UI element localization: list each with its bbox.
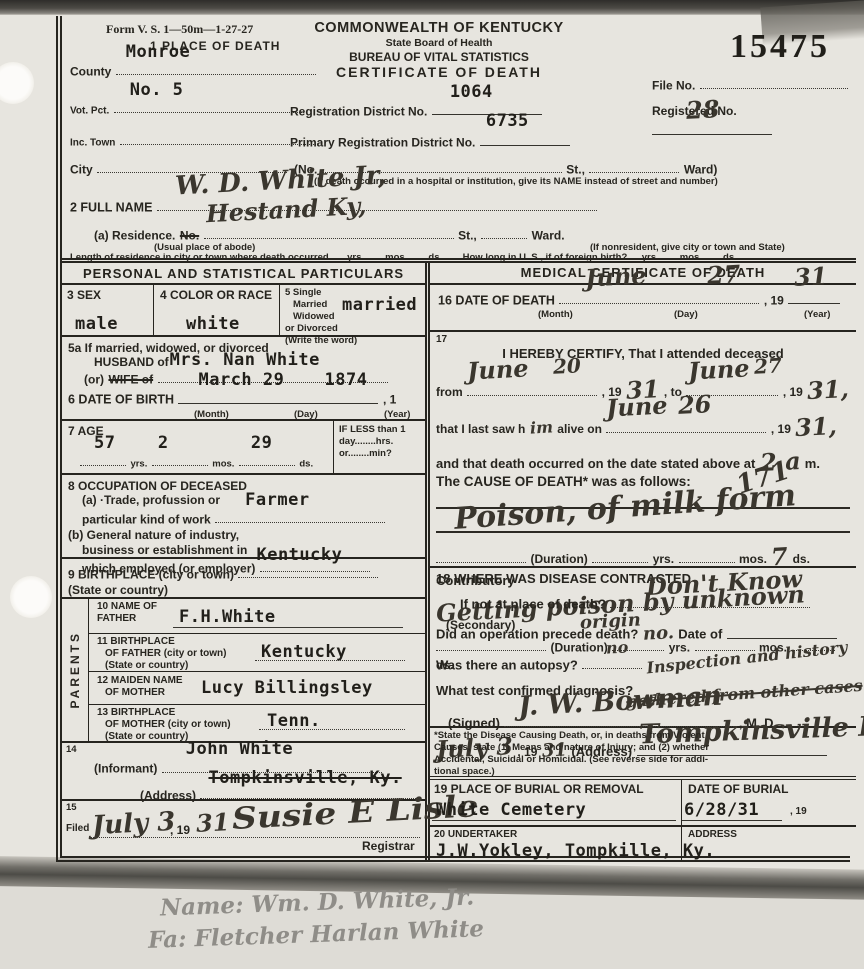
occupation-a2: particular kind of work [82, 512, 211, 526]
age-cell: 7 AGE 57 yrs. 2 mos. 29 ds. [62, 421, 333, 473]
last-saw-line: that I last saw h im alive on June 26 , … [436, 413, 850, 438]
last-month-value: June [606, 394, 669, 421]
undertaker-address-label: ADDRESS [688, 829, 856, 841]
age-ds-label: ds. [299, 458, 313, 469]
sex-race-marital-row: 3 SEX male 4 COLOR OR RACE white 5 Singl… [62, 285, 425, 337]
last-saw-label: that I last saw h [436, 422, 525, 436]
residence-st-label: St., [458, 228, 477, 242]
date-of-label: Date of [678, 627, 722, 642]
burial-place-cell: 19 PLACE OF BURIAL OR REMOVAL White Ceme… [430, 780, 682, 824]
occurred-label: and that death occurred on the date stat… [436, 456, 755, 471]
dob-year: 1874 [324, 372, 367, 389]
last-year-value: 31, [795, 414, 838, 440]
age-years: 57 [94, 435, 115, 452]
if-less-line3: or........min? [339, 448, 425, 460]
residence-value: Hestand Ky, [205, 194, 367, 226]
punch-hole-bottom [10, 576, 52, 618]
dob-month-label: (Month) [194, 409, 229, 421]
state-board-line: State Board of Health [274, 37, 604, 50]
city-st-blank [589, 158, 679, 173]
dod-sublabels: (Month) (Day) (Year) [438, 309, 856, 321]
city-label: City [70, 162, 93, 176]
age-values: 57 yrs. 2 mos. 29 ds. [80, 451, 313, 471]
footnote-line3: Accidental, Suicidal or Homicidal. (See … [434, 754, 852, 766]
vot-pct-line: Vot. Pct. No. 5 [70, 98, 304, 118]
dob-month-day: March 29 [198, 372, 284, 389]
occupation-value: Farmer [245, 492, 309, 509]
race-value: white [186, 316, 279, 333]
last-19: , 19 [771, 422, 791, 436]
mother-bp-label-1: 13 BIRTHPLACE [97, 707, 425, 719]
filed-19: , 19 [170, 823, 190, 837]
form-number: Form V. S. 1—50m—1-27-27 [106, 22, 253, 36]
to-19: , 19 [783, 385, 803, 399]
burial-19: , 19 [790, 806, 807, 818]
age-months: 2 [158, 435, 169, 452]
mother-bp-value: Tenn. [267, 713, 321, 730]
operation-answer: no. [642, 624, 674, 644]
item-17: 17 [436, 334, 850, 346]
from-label: from [436, 385, 463, 399]
registered-no-line: Registered No. 28 [652, 102, 850, 140]
reg-district-value: 1064 [450, 84, 493, 101]
county-label: County [70, 64, 111, 78]
bureau-line: BUREAU OF VITAL STATISTICS [274, 50, 604, 64]
date-of-blank [727, 623, 837, 638]
marital-value: married [342, 297, 417, 314]
certificate-body: Form V. S. 1—50m—1-27-27 1 PLACE OF DEAT… [56, 16, 850, 862]
personal-title-band: PERSONAL AND STATISTICAL PARTICULARS [62, 263, 425, 285]
primary-district-line: Primary Registration District No. 6735 [290, 131, 570, 151]
dod-label: 16 DATE OF DEATH [438, 293, 555, 307]
personal-title: PERSONAL AND STATISTICAL PARTICULARS [83, 266, 404, 281]
birthplace-sub: (State or country) [68, 583, 425, 597]
date-of-death-row: 16 DATE OF DEATH June 27 , 19 31 (Month)… [430, 285, 856, 332]
burial-place-value: White Cemetery [436, 802, 586, 819]
duration1-mos-label: mos. [739, 552, 767, 566]
medical-column: MEDICAL CERTIFICATE OF DEATH 16 DATE OF … [430, 263, 856, 862]
residence-ward-label: Ward. [532, 228, 565, 242]
burial-place-rule [432, 820, 676, 821]
commonwealth-title: COMMONWEALTH OF KENTUCKY [274, 20, 604, 37]
sex-value: male [75, 316, 153, 333]
primary-district-value: 6735 [486, 113, 529, 130]
father-bp-value: Kentucky [261, 644, 347, 661]
parents-rows: 10 NAME OF FATHER F.H.White 11 BIRTHPLAC… [89, 599, 425, 741]
left-filler [62, 853, 425, 862]
occupation-b1: (b) General nature of industry, [68, 528, 425, 542]
q18a-line: If not at place of death? Don't Know [460, 593, 850, 613]
operation-line: Did an operation precede death? no. Date… [436, 623, 850, 643]
q18a-label: If not at place of death? [460, 596, 606, 611]
dob-sublabels: (Month) (Day) (Year) [68, 409, 425, 421]
autopsy-line: Was there an autopsy? no Inspection and … [436, 654, 850, 674]
marital-cell: 5 Single Married Widowed or Divorced (Wr… [280, 285, 425, 335]
file-no-blank [700, 74, 848, 89]
undertaker-row: 20 UNDERTAKER ADDRESS J.W.Yokley, Tompki… [430, 827, 856, 863]
father-name-row: 10 NAME OF FATHER F.H.White [89, 599, 425, 634]
file-no-label: File No. [652, 78, 695, 92]
to-day-value: 27 [754, 356, 783, 377]
marital-line4: or Divorced [285, 323, 425, 335]
age-mos-label: mos. [212, 458, 234, 469]
footnote-block: *State the Disease Causing Death, or, in… [430, 728, 856, 780]
or-label: (or) [84, 372, 104, 386]
serial-number-stamp: 15475 [730, 28, 830, 66]
informant-label: (Informant) [94, 762, 157, 776]
dob-year-label: (Year) [384, 409, 410, 421]
race-label: 4 COLOR OR RACE [160, 288, 279, 302]
dod-month-label: (Month) [538, 309, 573, 321]
vot-pct-label: Vot. Pct. [70, 105, 109, 116]
undertaker-value: J.W.Yokley, Tompkille, Ky. [436, 843, 715, 860]
cause-rule-1: Poison, of milk form [436, 491, 850, 509]
header-center: COMMONWEALTH OF KENTUCKY State Board of … [274, 20, 604, 81]
inc-town-blank [120, 130, 316, 145]
age-days: 29 [251, 435, 272, 452]
duration1-yrs-blank [592, 547, 648, 562]
mother-value: Lucy Billingsley [201, 680, 373, 697]
mother-bp-rule [259, 729, 405, 730]
reg-district-label: Registration District No. [290, 104, 427, 118]
filed-row: 15 Filed July 3 , 19 31 Susie E Lisle Re… [62, 801, 425, 853]
residence-label: (a) Residence. [94, 228, 175, 242]
sex-cell: 3 SEX male [62, 285, 154, 335]
mother-name-row: 12 MAIDEN NAME OF MOTHER Lucy Billingsle… [89, 672, 425, 705]
age-row: 7 AGE 57 yrs. 2 mos. 29 ds. IF LESS than… [62, 421, 425, 475]
certify-block: 17 I HEREBY CERTIFY, That I attended dec… [430, 332, 856, 568]
spouse-dob-cell: 5a If married, widowed, or divorced HUSB… [62, 337, 425, 421]
from-month-value: June [467, 357, 530, 384]
autopsy-label: Was there an autopsy? [436, 657, 578, 672]
father-rule [173, 627, 403, 628]
parents-label: PARENTS [68, 631, 82, 708]
birthplace-value: Kentucky [256, 547, 342, 564]
dod-month-value: June [585, 263, 648, 290]
dod-year-value: 31 [794, 264, 829, 290]
scan-top-band [0, 0, 864, 15]
duration1-label: (Duration) [530, 552, 587, 566]
disease-contracted-block: 18 WHERE WAS DISEASE CONTRACTED If not a… [430, 568, 856, 728]
duration1-mos-blank [679, 547, 735, 562]
footnote-line2: Causes, state (1) Means and nature of In… [434, 742, 852, 754]
occupation-a2-line: particular kind of work Farmer [82, 508, 425, 528]
parents-label-cell: PARENTS [62, 599, 89, 741]
dod-year-label: (Year) [804, 309, 830, 321]
from-day-value: 20 [553, 356, 582, 377]
occupation-row: 8 OCCUPATION OF DECEASED (a) ·Trade, pro… [62, 475, 425, 559]
parents-block: PARENTS 10 NAME OF FATHER F.H.White 11 B… [62, 599, 425, 743]
wife-label: WIFE of [108, 372, 153, 386]
residence-no-label: No. [180, 228, 199, 242]
last-day-value: 26 [678, 392, 713, 418]
registered-no-value: 28 [685, 97, 720, 123]
punch-hole-top [0, 62, 34, 104]
if-less-line2: day........hrs. [339, 436, 425, 448]
primary-district-label: Primary Registration District No. [290, 135, 475, 149]
race-cell: 4 COLOR OR RACE white [154, 285, 280, 335]
duration1-lead [436, 547, 526, 562]
father-birthplace-row: 11 BIRTHPLACE OF FATHER (city or town) (… [89, 634, 425, 672]
burial-date-rule [682, 820, 782, 821]
sex-label: 3 SEX [67, 288, 153, 302]
county-value: Monroe [126, 44, 190, 61]
if-less-cell: IF LESS than 1 day........hrs. or.......… [333, 421, 425, 473]
footnote-line1: *State the Disease Causing Death, or, in… [434, 730, 852, 742]
city-st-label: St., [566, 162, 585, 176]
alive-label: alive on [557, 422, 602, 436]
footnote-line4: tional space.) [434, 766, 852, 778]
burial-date-cell: DATE OF BURIAL 6/28/31 , 19 [682, 780, 856, 824]
personal-column: PERSONAL AND STATISTICAL PARTICULARS 3 S… [62, 263, 430, 862]
test-answer-1: Inspection and history [646, 639, 848, 676]
cause-of-death-label: The CAUSE OF DEATH* was as follows: [436, 474, 691, 489]
duration1-yrs-label: yrs. [653, 552, 674, 566]
father-value: F.H.White [179, 609, 276, 626]
file-no-line: File No. [652, 74, 848, 94]
q18a-answer: Don't Know [646, 567, 803, 599]
occurred-m-label: m. [805, 456, 820, 471]
city-ward-label: Ward) [684, 162, 718, 176]
informant-address-value: Tompkinsville, Ky. [208, 770, 401, 787]
main-columns: PERSONAL AND STATISTICAL PARTICULARS 3 S… [62, 258, 856, 862]
filed-date-hand: July 3 [91, 809, 176, 839]
burial-date-label: DATE OF BURIAL [688, 782, 856, 796]
inc-town-label: Inc. Town [70, 137, 115, 148]
him-hand: im [529, 419, 553, 436]
birthplace-label: 9 BIRTHPLACE (city or town) [68, 567, 234, 581]
dob-year-prefix: , 1 [383, 393, 396, 407]
dod-day-value: 27 [707, 262, 742, 288]
vot-pct-value: No. 5 [130, 82, 184, 99]
burial-row: 19 PLACE OF BURIAL OR REMOVAL White Ceme… [430, 780, 856, 826]
undertaker-label: 20 UNDERTAKER [434, 829, 681, 841]
dod-19: , 19 [764, 293, 784, 307]
residence-st-blank [481, 224, 527, 239]
county-line: County Monroe [70, 60, 316, 80]
dob-day-label: (Day) [294, 409, 318, 421]
autopsy-answer: no [606, 639, 629, 656]
if-less-line1: IF LESS than 1 [339, 424, 425, 436]
dod-day-label: (Day) [674, 309, 698, 321]
registrar-label: Registrar [362, 839, 415, 853]
informant-value: John White [186, 741, 293, 758]
filed-label: Filed [66, 823, 89, 835]
age-yrs-label: yrs. [130, 458, 147, 469]
dob-line: 6 DATE OF BIRTH March 29 1874 , 1 [68, 388, 425, 408]
filed-rule [90, 837, 420, 838]
certificate-title: CERTIFICATE OF DEATH [274, 64, 604, 81]
death-certificate-scan: Form V. S. 1—50m—1-27-27 1 PLACE OF DEAT… [0, 0, 864, 969]
birthplace-row: 9 BIRTHPLACE (city or town) Kentucky (St… [62, 559, 425, 599]
dob-label: 6 DATE OF BIRTH [68, 393, 174, 407]
full-name-label: 2 FULL NAME [70, 200, 152, 214]
to-month-value: June [688, 357, 751, 384]
informant-row: 14 (Informant) John White (Address) Tomp… [62, 743, 425, 801]
occupation-b2: business or establishment in [82, 543, 425, 557]
filed-year-hand: 31 [195, 810, 230, 836]
father-bp-rule [255, 660, 405, 661]
to-year-value: 31, [807, 377, 850, 403]
mother-birthplace-row: 13 BIRTHPLACE OF MOTHER (city or town) (… [89, 705, 425, 741]
burial-label: 19 PLACE OF BURIAL OR REMOVAL [434, 782, 681, 796]
burial-date-value: 6/28/31 [684, 802, 759, 819]
spouse-value: Mrs. Nan White [170, 352, 320, 369]
inc-town-line: Inc. Town [70, 130, 316, 150]
